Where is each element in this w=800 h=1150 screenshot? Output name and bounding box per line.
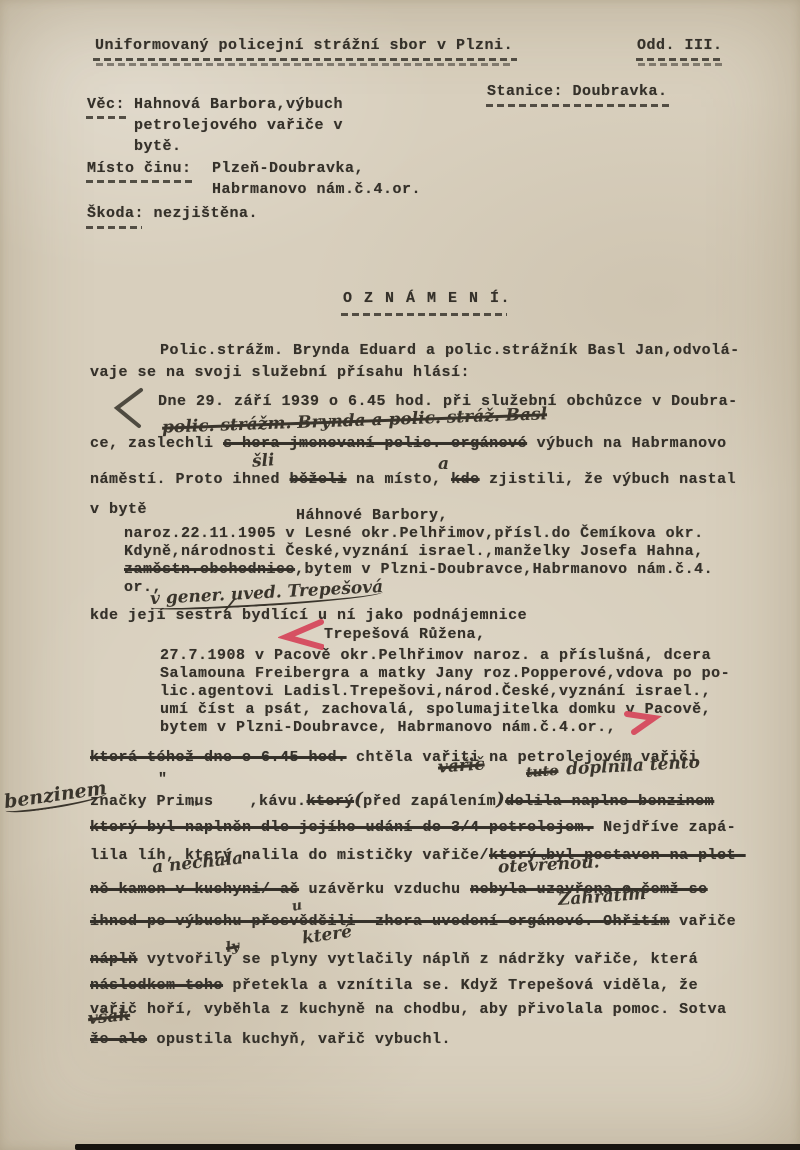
org-title-underline	[93, 58, 517, 61]
org-title-underline-2	[96, 63, 514, 66]
hw-otevrenou: otevřenou.	[498, 853, 600, 877]
person1-line-2: Kdyně,národnosti České,vyznání israel.,m…	[124, 542, 704, 562]
narrative-line-7: náplň vytvořily se plyny vytlačily náplň…	[90, 950, 698, 970]
typed-quote-upper: "	[158, 770, 168, 790]
scene-line-1: Plzeň-Doubravka,	[212, 159, 364, 179]
text-segment: ,kávu.	[250, 793, 307, 810]
damage-underline	[86, 226, 142, 229]
hw-ktere: které	[301, 923, 353, 949]
person2-line-2: Salamouna Freibergra a matky Jany roz.Po…	[160, 664, 730, 684]
struck-segment: Ohřitím	[603, 913, 670, 930]
person1-name: Háhnové Barbory,	[296, 506, 448, 526]
text-segment: vařiče	[670, 913, 737, 930]
scanned-police-report-page: Uniformovaný policejní strážní sbor v Pl…	[0, 0, 800, 1150]
document-title-underline	[341, 313, 507, 316]
hw-tuto: tuto	[525, 762, 559, 783]
struck-segment: běželi	[290, 471, 347, 488]
struck-segment: ně kamen v kuchyni/ ač	[90, 881, 299, 898]
intro-line-2: vaje se na svoji služební přísahu hlásí:	[90, 363, 470, 383]
hw-zahratim: Zahřátím	[557, 885, 646, 910]
person1-line-3: zaměstn.obchodnice,bytem v Plzni-Doubrav…	[124, 560, 713, 580]
hand-paren-close: )	[496, 789, 505, 810]
section-underline-2	[638, 63, 722, 66]
person2-line-3: lic.agentovi Ladisl.Trepešovi,národ.Česk…	[160, 682, 711, 702]
hw-varic: vařič	[437, 755, 485, 777]
text-segment: před zapálením	[363, 793, 496, 810]
text-segment: přetekla a vznítila se. Když Trepešová v…	[223, 977, 698, 994]
scene-underline	[86, 180, 194, 183]
hw-vsak: však	[87, 1006, 131, 1029]
damage-value: Škoda: nezjištěna.	[87, 204, 258, 224]
subject-underline	[86, 116, 126, 119]
struck-segment: s hora jmenovaní polic. orgánové	[223, 435, 527, 452]
org-title: Uniformovaný policejní strážní sbor v Pl…	[95, 36, 513, 56]
person2-line-1: 27.7.1908 v Pacově okr.Pelhřimov naroz. …	[160, 646, 711, 666]
narrative-line-9: vařič hoří, vyběhla z kuchyně na chodbu,…	[90, 1000, 727, 1020]
text-segment: opustila kuchyň, vařič vybuchl.	[147, 1031, 451, 1048]
subject-line-1: Hahnová Barbora,výbuch	[134, 95, 343, 115]
struck-segment: že ale	[90, 1031, 147, 1048]
person2-line-5: bytem v Plzni-Doubravce, Habrmanovo nám.…	[160, 718, 616, 738]
hand-paren-open: (	[354, 789, 363, 810]
event-line-3: náměstí. Proto ihned běželi na místo, kd…	[90, 470, 736, 490]
narrative-line-8: následkem toho přetekla a vznítila se. K…	[90, 976, 698, 996]
document-title: O Z N Á M E N Í.	[343, 289, 511, 309]
station-value: Stanice: Doubravka.	[487, 82, 668, 102]
text-segment: ce, zaslechli	[90, 435, 223, 452]
struck-segment: zaměstn.obchodnice	[124, 561, 295, 578]
struck-segment: náplň	[90, 951, 138, 968]
text-segment: lila líh, který nalila do mističky vařič…	[90, 847, 489, 864]
event-line-4: v bytě	[90, 500, 147, 520]
struck-segment: který byl naplněn dle jejího udání do 3/…	[90, 819, 594, 836]
station-underline	[486, 104, 670, 107]
struck-segment: která téhož dne o 6.45 hod.	[90, 749, 347, 766]
section-underline	[636, 58, 724, 61]
struck-segment: který	[307, 793, 355, 810]
scene-label: Místo činu:	[87, 159, 192, 179]
person1-line-1: naroz.22.11.1905 v Lesné okr.Pelhřimov,p…	[124, 524, 704, 544]
subject-line-2: petrolejového vařiče v	[134, 116, 343, 136]
section-label: Odd. III.	[637, 36, 723, 56]
person2-name: Trepešová Růžena,	[324, 625, 486, 645]
pencil-arrow-left-icon	[110, 386, 146, 430]
event-line-2: ce, zaslechli s hora jmenovaní polic. or…	[90, 434, 727, 454]
narrative-line-10: že ale opustila kuchyň, vařič vybuchl.	[90, 1030, 451, 1050]
text-segment: náměstí. Proto ihned	[90, 471, 290, 488]
narrative-line-3: který byl naplněn dle jejího udání do 3/…	[90, 818, 736, 838]
struck-segment: kde	[451, 471, 480, 488]
text-segment: na místo,	[347, 471, 452, 488]
intro-line-1: Polic.strážm. Brynda Eduard a polic.strá…	[160, 341, 740, 361]
narrative-line-6: ihned po výbuchu přesvědčili zhora uvede…	[90, 912, 736, 932]
scene-line-2: Habrmanovo nám.č.4.or.	[212, 180, 421, 200]
text-segment: zjistili, že výbuch nastal	[480, 471, 737, 488]
red-arrow-right-icon	[622, 704, 672, 736]
text-segment: výbuch na Habrmanovo	[527, 435, 727, 452]
text-segment: Nejdříve zapá-	[594, 819, 737, 836]
subject-line-3: bytě.	[134, 137, 182, 157]
text-segment: ,bytem v Plzni-Doubravce,Habrmanovo nám.…	[295, 561, 713, 578]
scan-edge-shadow	[75, 1144, 800, 1150]
narrative-line-2: značky Primus,kávu.který(před zapálením)…	[90, 790, 714, 812]
text-segment: vytvořily se plyny vytlačily náplň z nád…	[138, 951, 699, 968]
subject-label: Věc:	[87, 95, 125, 115]
text-segment: značky Primus	[90, 793, 214, 810]
hw-sli: šli	[251, 451, 275, 472]
struck-segment: následkem toho	[90, 977, 223, 994]
text-segment: uzávěrku vzduchu	[299, 881, 470, 898]
struck-segment: dolila naplno benzinem	[505, 793, 714, 810]
